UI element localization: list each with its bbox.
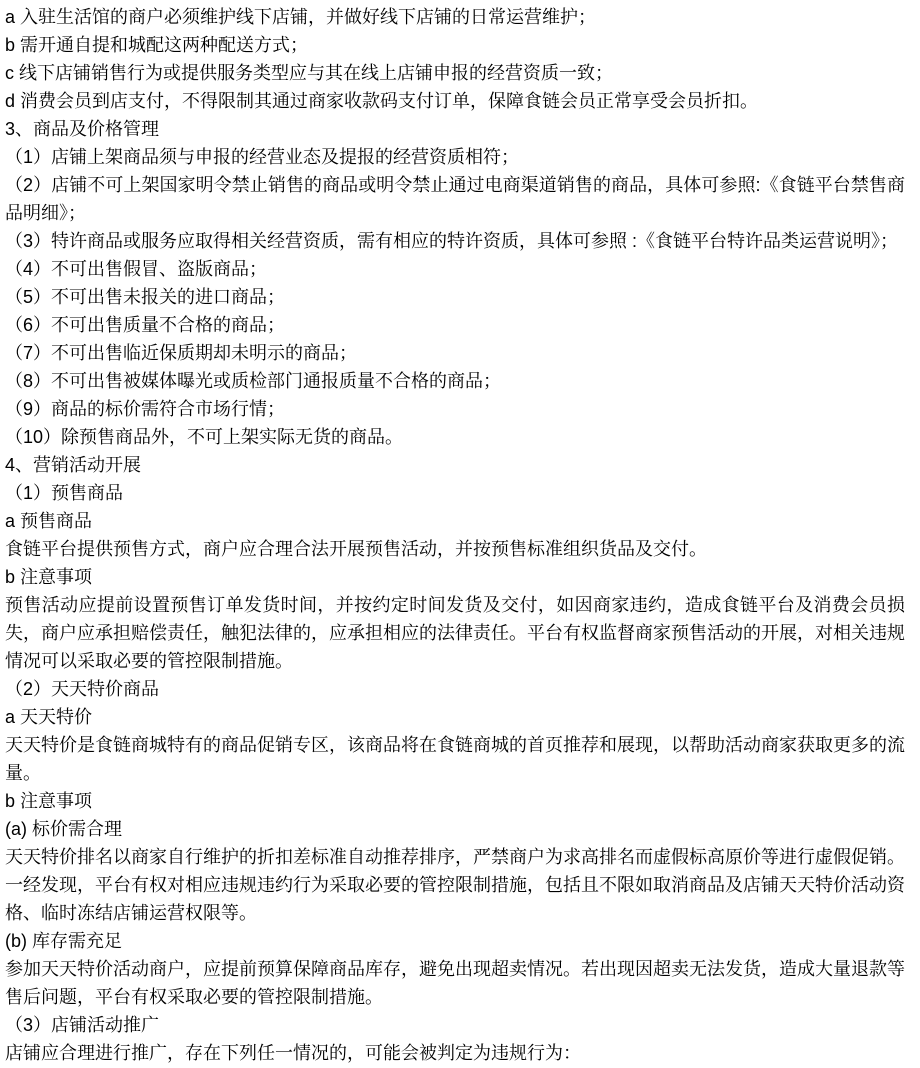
- list-item-7: （7）不可出售临近保质期却未明示的商品；: [5, 339, 905, 367]
- body-text-promotion-intro: 店铺应合理进行推广，存在下列任一情况的，可能会被判定为违规行为：: [5, 1039, 905, 1067]
- subsection-heading-shop-promotion: （3）店铺活动推广: [5, 1011, 905, 1039]
- body-text-pricing-rules: 天天特价排名以商家自行维护的折扣差标准自动推荐排序，严禁商户为求高排名而虚假标高…: [5, 843, 905, 927]
- section-heading-goods-price-management: 3、商品及价格管理: [5, 115, 905, 143]
- sub-item-stock-sufficient: (b) 库存需充足: [5, 927, 905, 955]
- sub-item-b-notes: b 注意事项: [5, 563, 905, 591]
- sub-item-a-daily-special: a 天天特价: [5, 703, 905, 731]
- subsection-heading-presale-goods: （1）预售商品: [5, 479, 905, 507]
- subsection-heading-daily-special-goods: （2）天天特价商品: [5, 675, 905, 703]
- list-item-c: c 线下店铺销售行为或提供服务类型应与其在线上店铺申报的经营资质一致；: [5, 59, 905, 87]
- sub-item-pricing-reasonable: (a) 标价需合理: [5, 815, 905, 843]
- list-item-8: （8）不可出售被媒体曝光或质检部门通报质量不合格的商品；: [5, 367, 905, 395]
- sub-item-b-notes-daily-special: b 注意事项: [5, 787, 905, 815]
- list-item-b: b 需开通自提和城配这两种配送方式；: [5, 31, 905, 59]
- document-page: a 入驻生活馆的商户必须维护线下店铺，并做好线下店铺的日常运营维护； b 需开通…: [0, 0, 920, 1068]
- list-item-1: （1）店铺上架商品须与申报的经营业态及提报的经营资质相符；: [5, 143, 905, 171]
- list-item-d: d 消费会员到店支付，不得限制其通过商家收款码支付订单，保障食链会员正常享受会员…: [5, 87, 905, 115]
- body-text-daily-special-description: 天天特价是食链商城特有的商品促销专区，该商品将在食链商城的首页推荐和展现，以帮助…: [5, 731, 905, 787]
- list-item-2: （2）店铺不可上架国家明令禁止销售的商品或明令禁止通过电商渠道销售的商品，具体可…: [5, 171, 905, 227]
- list-item-3: （3）特许商品或服务应取得相关经营资质，需有相应的特许资质，具体可参照 :《食链…: [5, 227, 905, 255]
- list-item-a: a 入驻生活馆的商户必须维护线下店铺，并做好线下店铺的日常运营维护；: [5, 3, 905, 31]
- section-heading-marketing-activities: 4、营销活动开展: [5, 451, 905, 479]
- list-item-6: （6）不可出售质量不合格的商品；: [5, 311, 905, 339]
- body-text-stock-rules: 参加天天特价活动商户，应提前预算保障商品库存，避免出现超卖情况。若出现因超卖无法…: [5, 955, 905, 1011]
- list-item-5: （5）不可出售未报关的进口商品；: [5, 283, 905, 311]
- list-item-9: （9）商品的标价需符合市场行情；: [5, 395, 905, 423]
- body-text-presale-notes: 预售活动应提前设置预售订单发货时间，并按约定时间发货及交付，如因商家违约，造成食…: [5, 591, 905, 675]
- document-body: a 入驻生活馆的商户必须维护线下店铺，并做好线下店铺的日常运营维护； b 需开通…: [0, 0, 920, 1067]
- sub-item-a-presale: a 预售商品: [5, 507, 905, 535]
- body-text-presale-description: 食链平台提供预售方式，商户应合理合法开展预售活动，并按预售标准组织货品及交付。: [5, 535, 905, 563]
- list-item-4: （4）不可出售假冒、盗版商品；: [5, 255, 905, 283]
- list-item-10: （10）除预售商品外，不可上架实际无货的商品。: [5, 423, 905, 451]
